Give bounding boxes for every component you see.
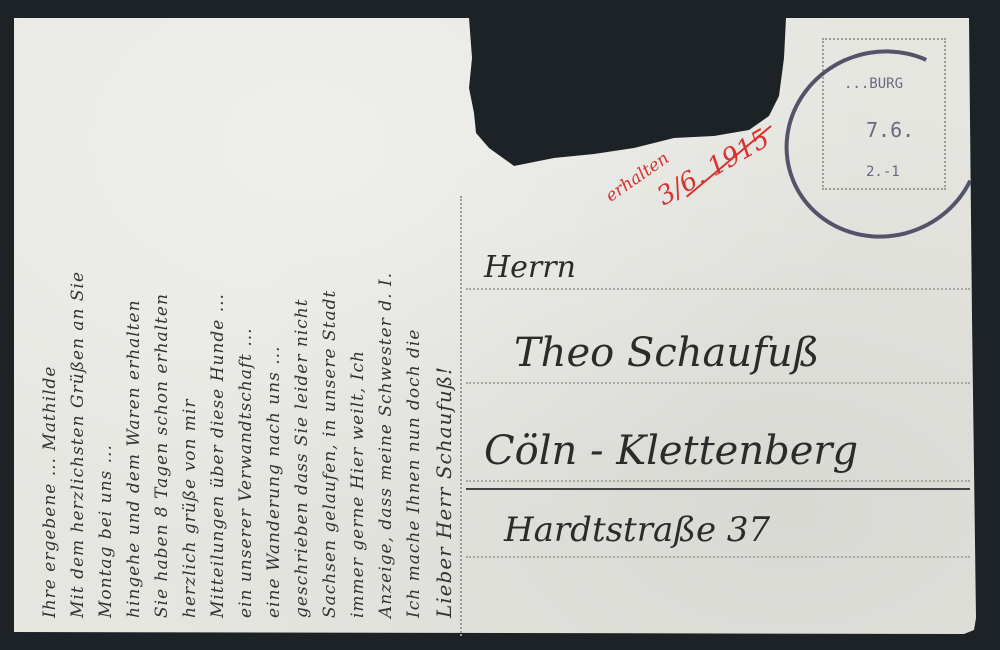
letter-line: immer gerne Hier weilt, Ich bbox=[348, 350, 368, 618]
handwritten-letter: Lieber Herr Schaufuß! Ich mache Ihnen nu… bbox=[14, 18, 464, 634]
address-line-4 bbox=[466, 556, 970, 558]
letter-line: herzlich grüße von mir bbox=[180, 399, 200, 619]
letter-line: Sachsen gelaufen, in unsere Stadt bbox=[320, 290, 340, 618]
address-line-2 bbox=[466, 382, 970, 384]
letter-line: Mit dem herzlichsten Grüßen an Sie bbox=[68, 271, 88, 618]
letter-line: Montag bei uns ... bbox=[96, 444, 116, 618]
address-city: Cöln - Klettenberg bbox=[484, 428, 858, 474]
postmark-date: 7.6. bbox=[866, 118, 914, 142]
letter-line: hingehe und dem Waren erhalten bbox=[124, 299, 144, 618]
postmark-text: ...BURG bbox=[844, 76, 903, 92]
address-salutation: Herrn bbox=[484, 250, 576, 285]
letter-line: Ihre ergebene ... Mathilde bbox=[40, 366, 60, 619]
letter-line: Anzeige, dass meine Schwester d. I. bbox=[376, 272, 396, 618]
letter-line: ein unserer Verwandtschaft ... bbox=[236, 327, 256, 618]
address-line-1 bbox=[466, 288, 970, 290]
letter-line: eine Wanderung nach uns ... bbox=[264, 346, 284, 618]
letter-line: Sie haben 8 Tagen schon erhalten bbox=[152, 293, 172, 618]
vertical-divider bbox=[460, 196, 462, 636]
address-line-3 bbox=[466, 480, 970, 482]
letter-greeting: Lieber Herr Schaufuß! bbox=[432, 366, 456, 618]
address-city-underline bbox=[466, 488, 970, 490]
address-name: Theo Schaufuß bbox=[514, 330, 819, 376]
postcard: Lieber Herr Schaufuß! Ich mache Ihnen nu… bbox=[14, 18, 980, 634]
postmark-time: 2.-1 bbox=[866, 164, 900, 180]
address-street: Hardtstraße 37 bbox=[504, 510, 770, 550]
letter-line: Mitteilungen über diese Hunde ... bbox=[208, 293, 228, 618]
letter-line: geschrieben dass Sie leider nicht bbox=[292, 298, 312, 618]
letter-line: Ich mache Ihnen nun doch die bbox=[404, 329, 424, 618]
